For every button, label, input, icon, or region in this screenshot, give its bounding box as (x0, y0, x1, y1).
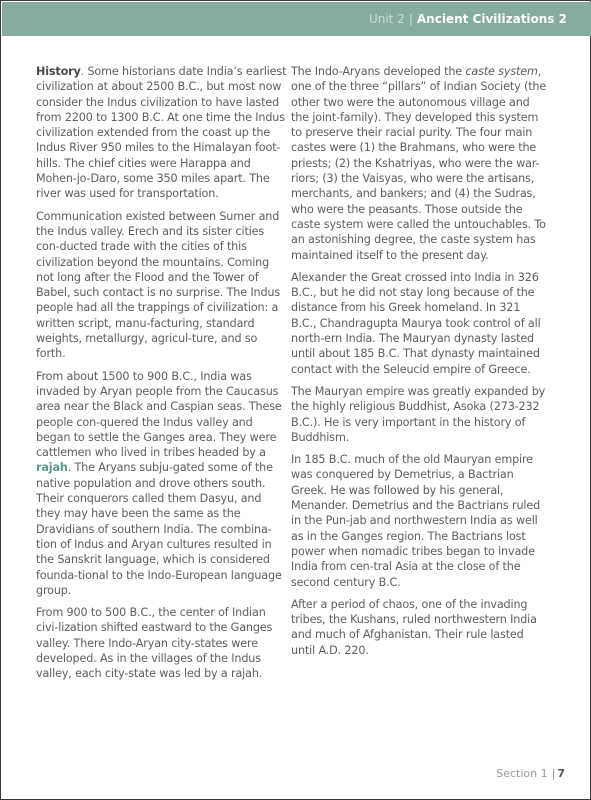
chapter-title: Ancient Civilizations 2 (417, 12, 567, 26)
glossary-term-rajah: rajah (36, 461, 68, 474)
paragraph-text: Some historians date India’s earliest ci… (36, 65, 286, 200)
paragraph-text: The Indo-Aryans developed the (291, 65, 465, 78)
paragraph-asoka: The Mauryan empire was greatly expanded … (291, 384, 547, 445)
paragraph-demetrius: In 185 B.C. much of the old Mauryan empi… (291, 452, 547, 590)
paragraph-kushans: After a period of chaos, one of the inva… (291, 597, 547, 658)
page-number: 7 (557, 767, 565, 780)
left-column: History. Some historians date India’s ea… (36, 64, 288, 689)
paragraph-text: , one of the three “pillars” of Indian S… (291, 65, 546, 262)
paragraph-text: From about 1500 to 900 B.C., India was i… (36, 370, 282, 459)
paragraph-alexander: Alexander the Great crossed into India i… (291, 270, 547, 377)
paragraph-history: History. Some historians date India’s ea… (36, 64, 288, 202)
paragraph-text: . The Aryans subju-gated some of the nat… (36, 461, 282, 596)
header-bar: Unit 2|Ancient Civilizations 2 (2, 2, 591, 36)
section-heading-history: History (36, 65, 81, 78)
section-label: Section 1 (496, 767, 547, 780)
paragraph-communication: Communication existed between Sumer and … (36, 209, 288, 362)
running-header: Unit 2|Ancient Civilizations 2 (369, 11, 567, 27)
unit-label: Unit 2 (369, 12, 405, 26)
emphasis-caste-system: caste system (465, 65, 537, 78)
header-separator: | (409, 12, 413, 26)
paragraph-ganges-shift: From 900 to 500 B.C., the center of Indi… (36, 605, 288, 681)
paragraph-caste-system: The Indo-Aryans developed the caste syst… (291, 64, 547, 263)
page: Unit 2|Ancient Civilizations 2 History. … (0, 0, 591, 800)
right-column: The Indo-Aryans developed the caste syst… (291, 64, 547, 665)
paragraph-aryan-invasion: From about 1500 to 900 B.C., India was i… (36, 369, 288, 598)
page-footer: Section 1|7 (496, 767, 565, 780)
footer-separator: | (552, 767, 556, 780)
